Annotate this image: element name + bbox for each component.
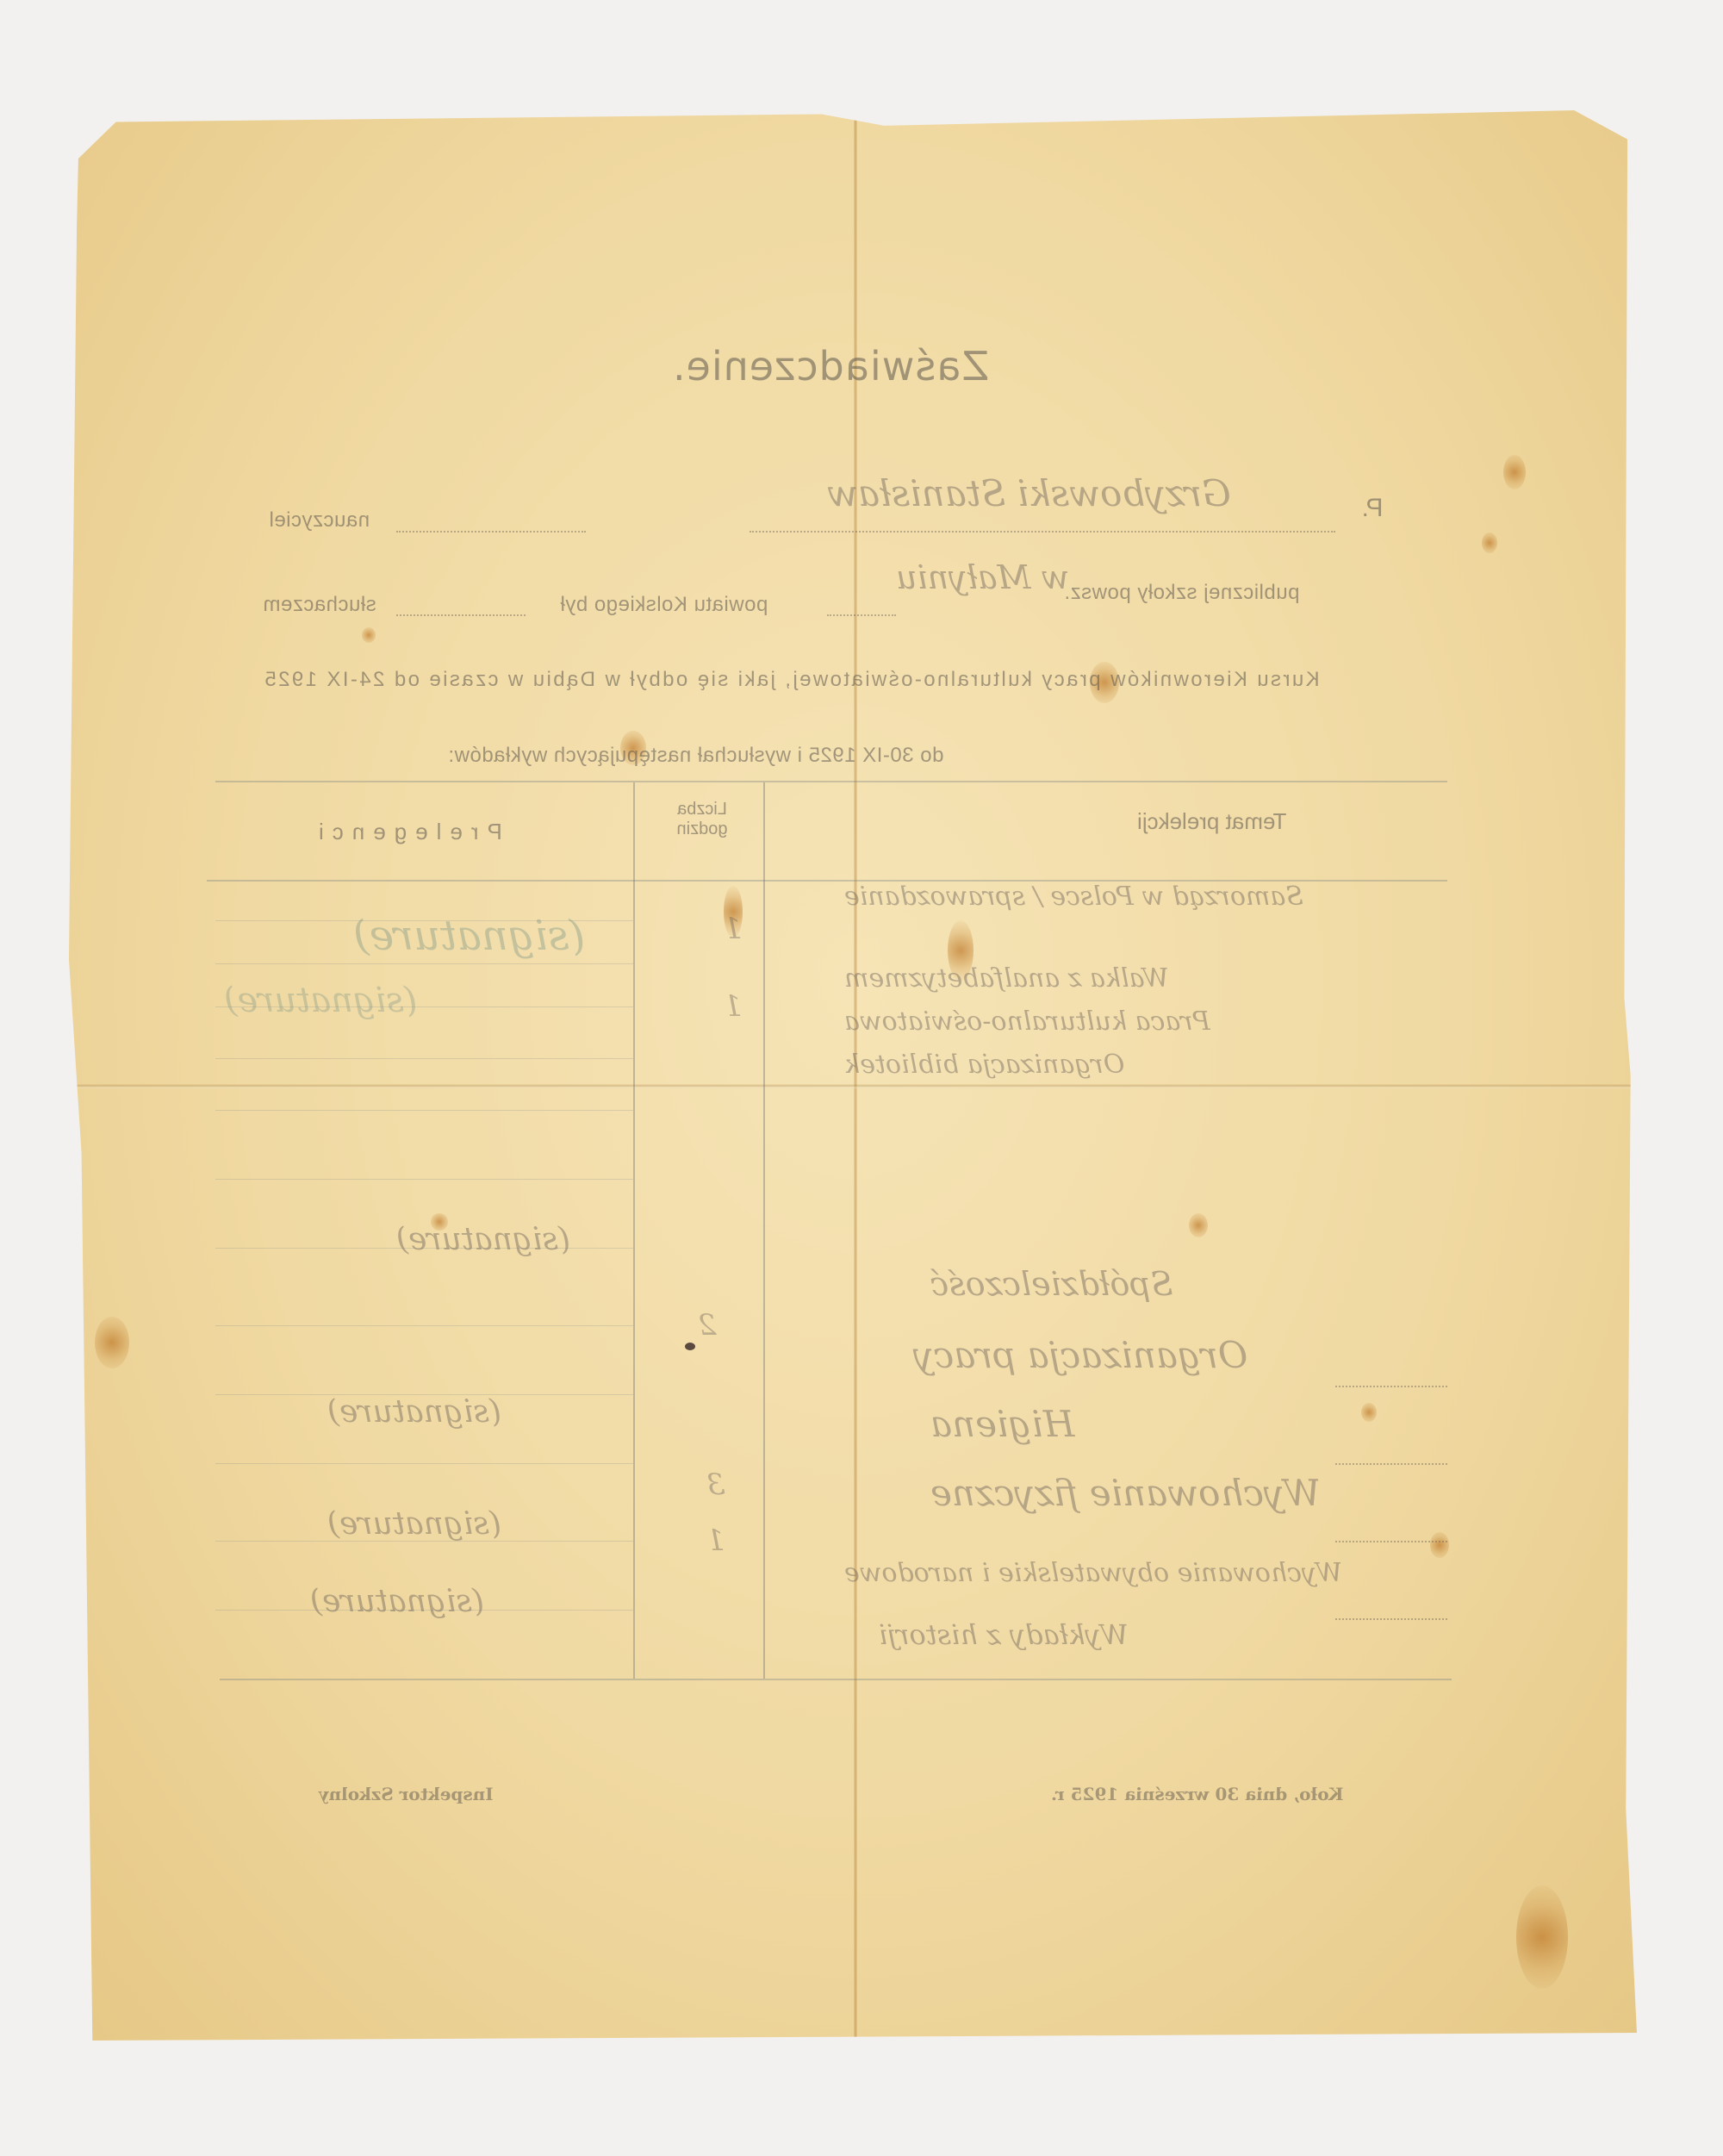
stain bbox=[362, 627, 376, 643]
table-row-hours: 1 bbox=[724, 912, 743, 946]
line2-prefix: publicznej szkoły powsz. bbox=[1064, 581, 1299, 605]
document-sheet: Zaświadczenie. P. Grzybowski Stanisław n… bbox=[69, 110, 1637, 2041]
horizontal-fold-crease bbox=[69, 1084, 1637, 1089]
header-lecturers: Prelegenci bbox=[310, 819, 502, 845]
table-row-topic: Wychowanie obywatelskie i narodowe bbox=[844, 1558, 1342, 1588]
table-column-divider bbox=[633, 782, 635, 1679]
dotted-fill-line bbox=[750, 531, 1335, 533]
stain bbox=[95, 1317, 129, 1368]
table-column-divider bbox=[763, 782, 765, 1679]
place-and-date: Koło, dnia 30 września 1925 r. bbox=[1051, 1784, 1344, 1804]
table-bottom-rule bbox=[220, 1679, 1452, 1680]
row-rule bbox=[215, 1179, 633, 1180]
row-rule bbox=[215, 1058, 633, 1059]
table-row-topic: Organizacja pracy bbox=[913, 1334, 1247, 1376]
dotted-fill-line bbox=[396, 531, 586, 533]
stain bbox=[1361, 1403, 1377, 1422]
stain bbox=[1503, 455, 1526, 489]
row-rule bbox=[215, 1325, 633, 1326]
stain bbox=[1430, 1532, 1449, 1558]
table-row-hours: 3 bbox=[706, 1467, 725, 1502]
dotted-fill-line bbox=[1335, 1541, 1447, 1542]
lecturer-signature: (signature) bbox=[396, 1222, 570, 1257]
document-title: Zaświadczenie. bbox=[672, 343, 989, 389]
dotted-fill-line bbox=[827, 614, 896, 616]
stain bbox=[1482, 533, 1497, 553]
dotted-fill-line bbox=[396, 614, 526, 616]
line1-prefix: P. bbox=[1361, 494, 1383, 523]
dotted-fill-line bbox=[1335, 1386, 1447, 1387]
handwritten-school: w Małyniu bbox=[896, 558, 1069, 596]
line2-mid: powiatu Kolskiego był bbox=[560, 593, 768, 617]
lecturer-signature: (signature) bbox=[327, 1394, 501, 1430]
dotted-fill-line bbox=[1335, 1463, 1447, 1465]
handwritten-name: Grzybowski Stanisław bbox=[827, 472, 1231, 514]
course-description: Kursu Kierowników pracy kulturalno-oświa… bbox=[263, 668, 1320, 692]
table-row-hours: 2 bbox=[698, 1308, 717, 1343]
lecturer-signature: (signature) bbox=[353, 912, 585, 960]
header-topic: Temat prelekcji bbox=[1137, 808, 1286, 835]
table-row-topic: Organizacja bibliotek bbox=[844, 1050, 1124, 1080]
course-dates: do 30-IX 1925 i wysłuchał następujących … bbox=[448, 744, 943, 768]
signatory-title: Inspektor Szkolny bbox=[319, 1784, 494, 1804]
row-rule bbox=[215, 1110, 633, 1111]
table-row-topic: Wykłady z historji bbox=[879, 1618, 1129, 1651]
table-row-hours: 1 bbox=[724, 989, 743, 1024]
lecturer-signature: (signature) bbox=[327, 1506, 501, 1542]
ink-spot bbox=[685, 1343, 695, 1350]
table-row-topic: Walka z analfabetyzmem bbox=[844, 963, 1169, 994]
stain bbox=[1516, 1885, 1568, 1989]
table-row-topic: Spółdzielczość bbox=[930, 1265, 1173, 1303]
line1-suffix: nauczyciel bbox=[269, 508, 370, 533]
row-rule bbox=[215, 963, 633, 964]
stain bbox=[1189, 1213, 1208, 1237]
lecturer-signature: (signature) bbox=[310, 1584, 484, 1619]
table-row-topic: Praca kulturalno-oświatowa bbox=[844, 1006, 1210, 1037]
table-row-topic: Samorząd w Polsce / sprawozdanie bbox=[844, 882, 1303, 912]
header-hours: Liczba godzin bbox=[663, 800, 741, 839]
line2-suffix: słuchaczem bbox=[263, 593, 376, 617]
dotted-fill-line bbox=[1335, 1618, 1447, 1620]
table-row-topic: Higiena bbox=[930, 1403, 1074, 1445]
table-top-rule bbox=[215, 781, 1447, 782]
row-rule bbox=[215, 1463, 633, 1464]
table-row-topic: Wychowanie fizyczne bbox=[930, 1472, 1321, 1514]
lecturer-signature: (signature) bbox=[224, 981, 417, 1020]
table-row-hours: 1 bbox=[706, 1524, 725, 1558]
